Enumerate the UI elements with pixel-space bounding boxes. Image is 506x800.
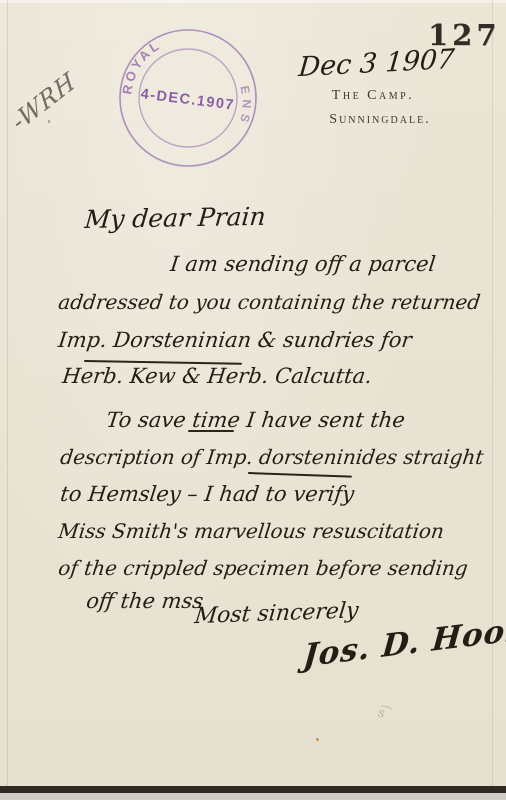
stamp-date-text: 4-DEC.1907 — [140, 86, 236, 113]
letter-line: description of Imp. dorsteninides straig… — [59, 445, 485, 469]
letter-line: addressed to you containing the returned — [57, 290, 482, 314]
letter-line: Imp. Dorsteninian & sundries for — [57, 328, 413, 352]
letterhead-address-line: The Camp. — [318, 88, 428, 104]
letter-line: Miss Smith's marvellous resuscitation — [57, 519, 445, 543]
paper-fleck — [48, 120, 50, 123]
letterhead-town-line: Sunningdale. — [310, 112, 450, 128]
paper-right-crease — [492, 0, 493, 786]
archivist-initials: -WRH — [8, 66, 80, 137]
paper-smudge: ѕ͡ — [376, 705, 387, 721]
royal-gardens-date-stamp: ROYAL ENS 4-DEC.1907 — [116, 26, 260, 170]
paper-speck — [316, 738, 319, 741]
letter-line: off the mss — [85, 589, 205, 613]
paper-top-edge — [0, 0, 506, 3]
letter-line: Herb. Kew & Herb. Calcutta. — [61, 364, 373, 388]
letter-line: of the crippled specimen before sending — [57, 556, 469, 580]
closing: Most sincerely — [193, 598, 359, 629]
stamp-graphic: ROYAL ENS 4-DEC.1907 — [116, 26, 260, 170]
ink-underline — [248, 472, 352, 478]
letter-line: To save time I have sent the — [105, 408, 406, 432]
handwritten-date: Dec 3 1907 — [297, 44, 455, 83]
scanned-letter-page: ROYAL ENS 4-DEC.1907 -WRH 127 Dec 3 1907… — [0, 0, 506, 800]
letter-line: to Hemsley – I had to verify — [59, 482, 356, 506]
salutation: My dear Prain — [83, 202, 267, 234]
ink-underline — [188, 430, 234, 432]
letter-line: I am sending off a parcel — [169, 252, 437, 276]
paper-bottom-edge-shadow — [0, 786, 506, 793]
paper-left-crease — [7, 0, 8, 786]
scan-backing-strip — [0, 793, 506, 800]
